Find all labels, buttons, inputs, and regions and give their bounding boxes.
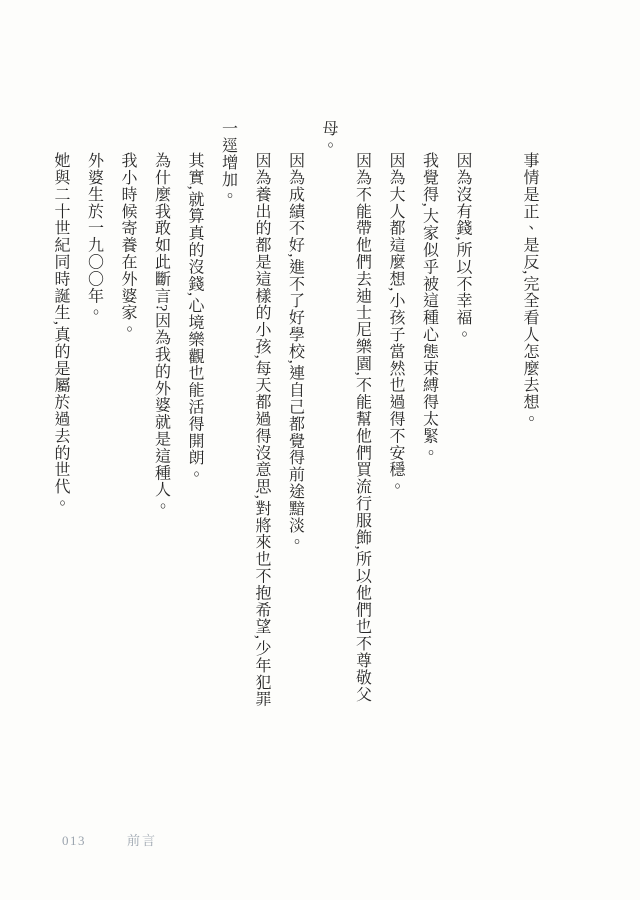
paragraph: 我小時候寄養在外婆家。 xyxy=(111,120,145,712)
paragraph: 因為大人都這麼想,小孩子當然也過得不安穩。 xyxy=(379,120,413,712)
paragraph: 因為養出的都是這樣的小孩,每天都過得沒意思,對將來也不抱希望,少年犯罪一逕增加。 xyxy=(211,120,278,712)
paragraph: 因為成績不好,進不了好學校,連自己都覺得前途黯淡。 xyxy=(278,120,312,712)
paragraph: 因為不能帶他們去迪士尼樂園,不能幫他們買流行服飾,所以他們也不尊敬父母。 xyxy=(312,120,379,712)
page-number: 013 xyxy=(62,833,86,849)
paragraph: 我覺得,大家似乎被這種心態束縛得太緊。 xyxy=(412,120,446,712)
running-section-title: 前言 xyxy=(127,830,157,849)
book-page: 事情是正、是反,完全看人怎麼去想。 因為沒有錢,所以不幸福。 我覺得,大家似乎被… xyxy=(0,0,640,900)
page-footer: 013 前言 xyxy=(62,830,157,849)
paragraph: 外婆生於一九〇〇年。 xyxy=(77,120,111,712)
paragraph: 為什麼我敢如此斷言?因為我的外婆就是這種人。 xyxy=(144,120,178,712)
body-text: 事情是正、是反,完全看人怎麼去想。 因為沒有錢,所以不幸福。 我覺得,大家似乎被… xyxy=(44,120,547,712)
paragraph: 因為沒有錢,所以不幸福。 xyxy=(446,120,480,712)
paragraph: 其實,就算真的沒錢,心境樂觀也能活得開朗。 xyxy=(178,120,212,712)
paragraph: 她與二十世紀同時誕生,真的是屬於過去的世代。 xyxy=(44,120,78,712)
paragraph: 事情是正、是反,完全看人怎麼去想。 xyxy=(513,120,547,712)
